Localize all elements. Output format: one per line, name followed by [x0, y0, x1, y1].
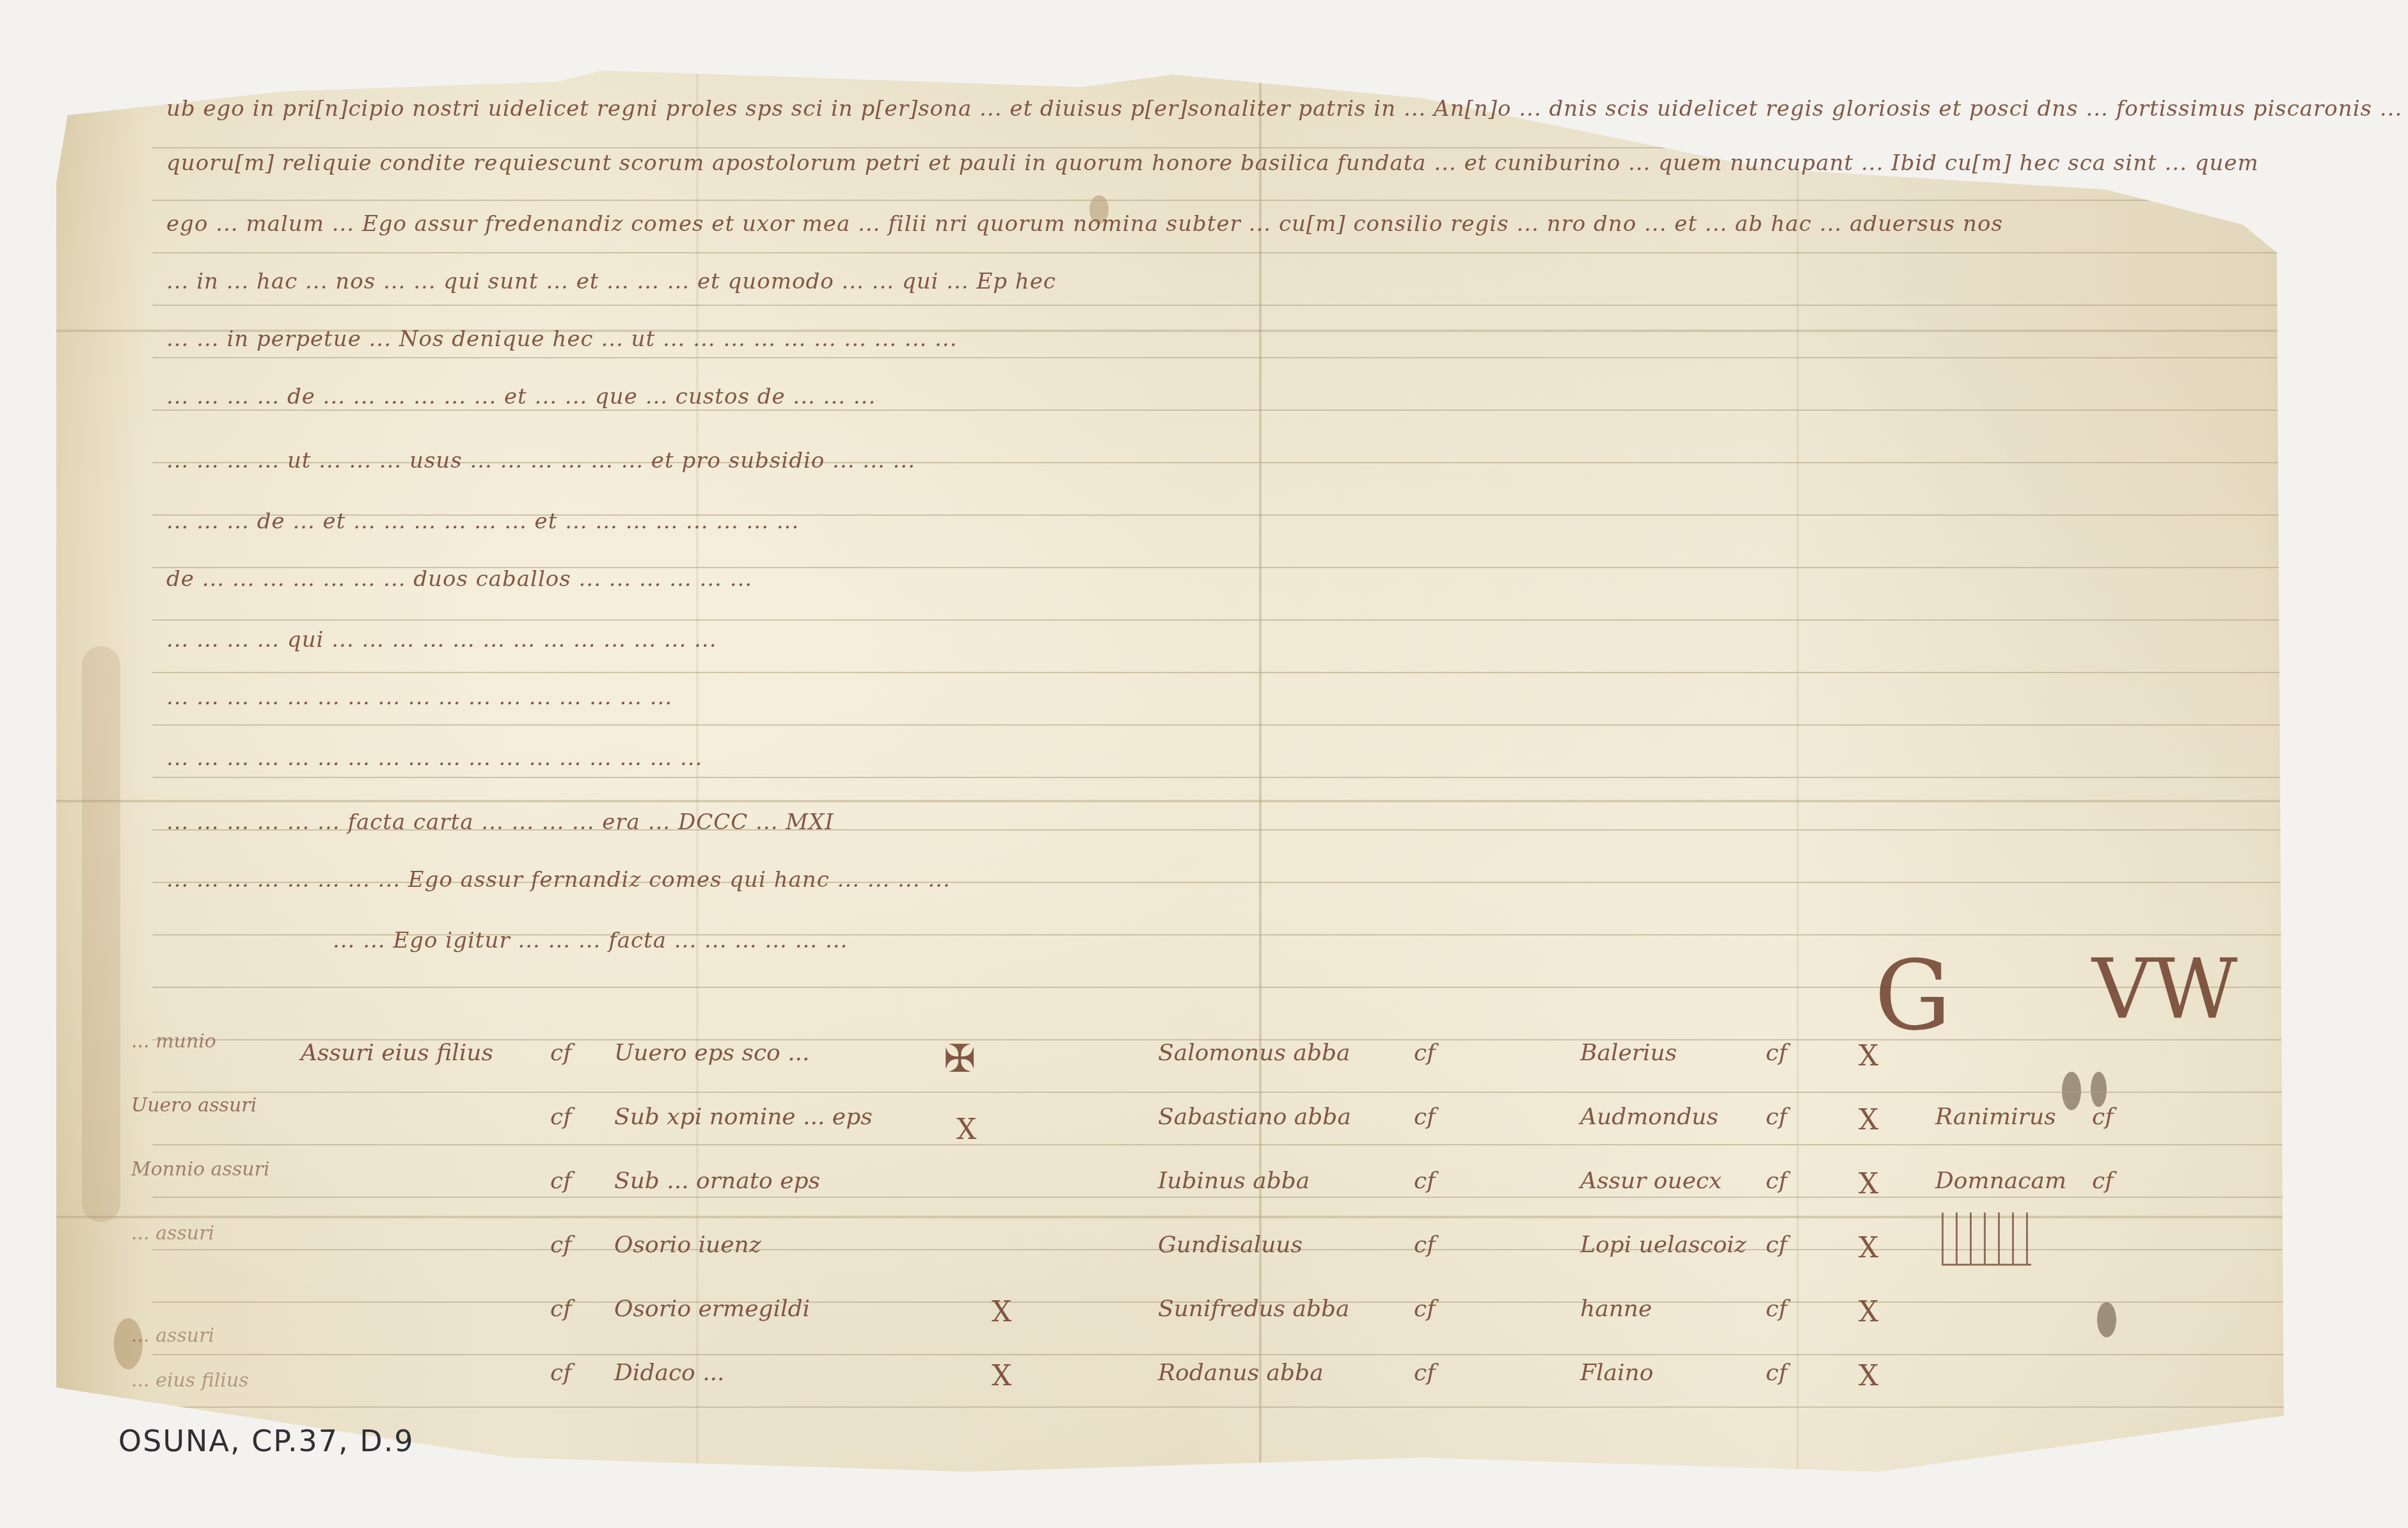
text-line: ... ... ... ... de ... ... ... ... ... .…: [166, 384, 876, 410]
cross-mark-icon: X: [992, 1296, 1011, 1328]
witness-name: Ranimirus: [1935, 1104, 2056, 1130]
text-line: ... ... ... ... ... ... ... ... ... ... …: [166, 685, 672, 710]
stain: [2097, 1302, 2116, 1337]
signum-icon: VW: [2092, 941, 2238, 1038]
text-line: ... ... ... ... ut ... ... ... usus ... …: [166, 448, 915, 474]
witness-name: Balerius: [1580, 1040, 1677, 1066]
witness-mark: cf: [1766, 1040, 1787, 1066]
fold-line: [1796, 70, 1799, 1472]
text-line: ... in ... hac ... nos ... ... qui sunt …: [166, 269, 1056, 294]
witness-name: Sabastiano abba: [1158, 1104, 1351, 1130]
witness-mark: cf: [1766, 1232, 1787, 1258]
witness-mark: cf: [550, 1232, 572, 1258]
witness-name: Domnacam: [1935, 1168, 2066, 1194]
text-line: ... ... Ego igitur ... ... ... facta ...…: [333, 928, 848, 953]
ruling-line: [152, 672, 2295, 673]
cross-mark-icon: X: [1858, 1360, 1878, 1392]
witness-name: Osorio iuenz: [614, 1232, 761, 1258]
ruling-line: [152, 619, 2295, 621]
text-line: ... ... ... ... ... ... ... ... ... ... …: [166, 745, 702, 771]
text-line: ... ... ... de ... et ... ... ... ... ..…: [166, 509, 799, 534]
witness-mark: cf: [1414, 1296, 1436, 1322]
witness-mark: cf: [1414, 1360, 1436, 1386]
episcopal-signum-icon: ✠: [944, 1037, 976, 1081]
ruling-line: [152, 987, 2295, 988]
stain: [2062, 1072, 2081, 1110]
witness-name: hanne: [1580, 1296, 1652, 1322]
cross-mark-icon: X: [992, 1360, 1011, 1392]
witness-name: Sub ... ornato eps: [614, 1168, 820, 1194]
ruling-line: [152, 777, 2295, 778]
witness-name: Osorio ermegildi: [614, 1296, 810, 1322]
witness-name: Lopi uelascoiz: [1580, 1232, 1747, 1258]
witness-mark: cf: [550, 1168, 572, 1194]
witness-name: Assur ouecx: [1580, 1168, 1722, 1194]
witness-name: ... assuri: [131, 1222, 214, 1245]
witness-name: ... assuri: [131, 1325, 214, 1347]
cross-mark-icon: X: [1858, 1296, 1878, 1328]
witness-mark: cf: [550, 1104, 572, 1130]
ruling-line: [152, 357, 2295, 358]
cross-mark-icon: X: [956, 1113, 976, 1146]
ruling-line: [152, 147, 2295, 148]
text-line: ... ... ... ... qui ... ... ... ... ... …: [166, 627, 717, 653]
ruling-line: [152, 305, 2295, 306]
stain: [2091, 1072, 2107, 1107]
cross-mark-icon: X: [1858, 1104, 1878, 1136]
witness-mark: cf: [1766, 1296, 1787, 1322]
witness-name: Uuero eps sco ...: [614, 1040, 810, 1066]
witness-name: Gundisaluus: [1158, 1232, 1303, 1258]
witness-name: Sub xpi nomine ... eps: [614, 1104, 873, 1130]
text-line: de ... ... ... ... ... ... ... duos caba…: [166, 566, 752, 592]
witness-mark: cf: [550, 1040, 572, 1066]
witness-mark: cf: [1414, 1232, 1436, 1258]
text-line: ... ... ... ... ... ... ... ... Ego assu…: [166, 867, 951, 893]
witness-name: Iubinus abba: [1158, 1168, 1310, 1194]
witness-name: ... eius filius: [131, 1369, 249, 1392]
witness-mark: cf: [550, 1360, 572, 1386]
witness-name: Rodanus abba: [1158, 1360, 1324, 1386]
witness-mark: cf: [1414, 1104, 1436, 1130]
text-line: quoru[m] reliquie condite requiescunt sc…: [166, 150, 2259, 176]
witness-mark: cf: [1766, 1360, 1787, 1386]
stain: [82, 646, 120, 1222]
ruling-line: [152, 1197, 2295, 1198]
witness-mark: cf: [1766, 1104, 1787, 1130]
witness-name: Flaino: [1580, 1360, 1653, 1386]
witness-name: Didaco ...: [614, 1360, 725, 1386]
ruling-line: [152, 200, 2295, 201]
witness-mark: cf: [1414, 1040, 1436, 1066]
count-monogram-icon: G: [1874, 941, 1951, 1052]
witness-name: ... munio: [131, 1030, 216, 1053]
ruling-line: [152, 1406, 2295, 1408]
witness-name: Monnio assuri: [131, 1158, 270, 1181]
witness-name: Audmondus: [1580, 1104, 1718, 1130]
ruling-line: [152, 252, 2295, 253]
fold-line: [56, 800, 2334, 802]
cross-mark-icon: X: [1858, 1168, 1878, 1200]
witness-name: Uuero assuri: [131, 1094, 257, 1117]
archive-shelfmark: OSUNA, CP.37, D.9: [118, 1424, 415, 1458]
witness-name: Sunifredus abba: [1158, 1296, 1350, 1322]
witness-name: Salomonus abba: [1158, 1040, 1350, 1066]
ruling-line: [152, 1144, 2295, 1145]
ruling-line: [152, 1354, 2295, 1355]
fold-line: [1259, 70, 1262, 1472]
text-line: ... ... in perpetue ... Nos denique hec …: [166, 326, 957, 352]
ruling-line: [152, 724, 2295, 726]
witness-mark: cf: [2092, 1104, 2114, 1130]
witness-mark: cf: [2092, 1168, 2114, 1194]
text-line: ego ... malum ... Ego assur fredenandiz …: [166, 211, 2003, 237]
cross-mark-icon: X: [1858, 1232, 1878, 1264]
witness-mark: cf: [1414, 1168, 1436, 1194]
witness-name: Assuri eius filius: [301, 1040, 493, 1066]
notarial-mark-icon: [1942, 1213, 2031, 1266]
witness-mark: cf: [550, 1296, 572, 1322]
ruling-line: [152, 1092, 2295, 1093]
witness-mark: cf: [1766, 1168, 1787, 1194]
ruling-line: [152, 410, 2295, 411]
text-line: ub ego in pri[n]cipio nostri uidelicet r…: [166, 96, 2408, 122]
dating-line: ... ... ... ... ... ... facta carta ... …: [166, 809, 834, 835]
